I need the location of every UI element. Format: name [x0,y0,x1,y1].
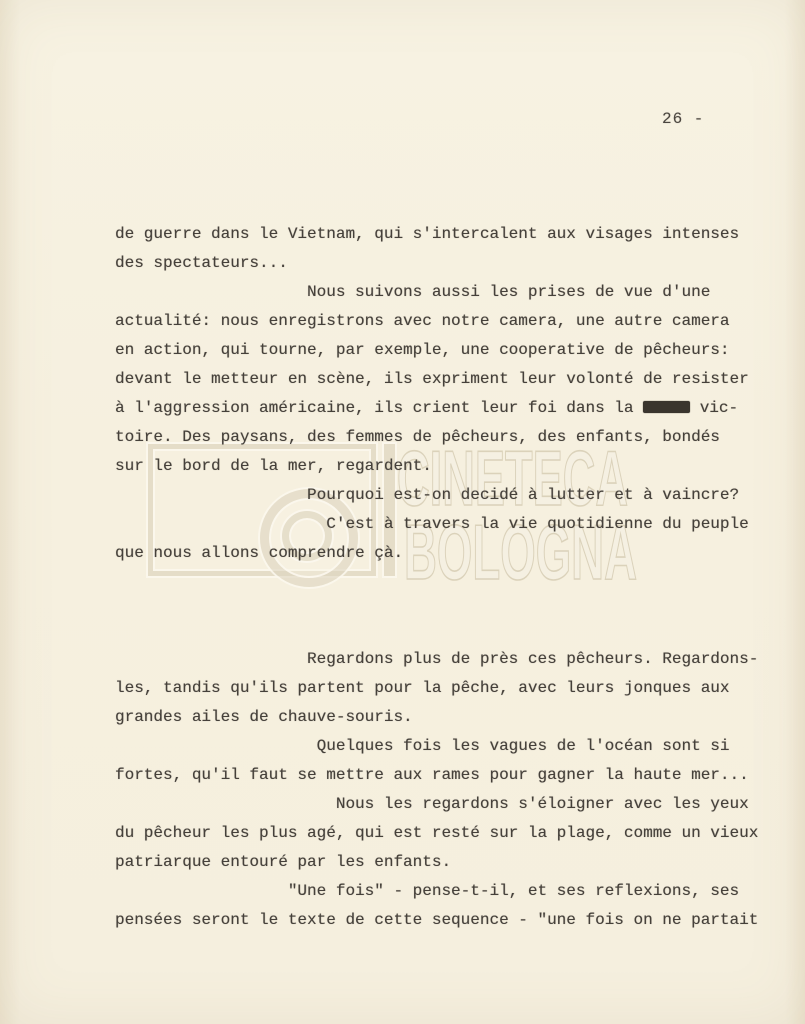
typewritten-line: patriarque entouré par les enfants. [115,848,775,877]
typewritten-line: de guerre dans le Vietnam, qui s'interca… [115,220,775,249]
typewritten-line: devant le metteur en scène, ils exprimen… [115,365,775,394]
scanned-document-page: CINETECA BOLOGNA 26 - de guerre dans le … [0,0,805,1024]
typewritten-line-with-strikeout: à l'aggression américaine, ils crient le… [115,394,775,423]
typewritten-line: les, tandis qu'ils partent pour la pêche… [115,674,775,703]
typewritten-line: "Une fois" - pense-t-il, et ses reflexio… [115,877,775,906]
typewritten-line: en action, qui tourne, par exemple, une … [115,336,775,365]
second-text-block: Regardons plus de près ces pêcheurs. Reg… [115,645,775,935]
typewritten-line: du pêcheur les plus agé, qui est resté s… [115,819,775,848]
typewritten-content: 26 - de guerre dans le Vietnam, qui s'in… [0,0,805,1024]
typewritten-line: C'est à travers la vie quotidienne du pe… [115,510,775,539]
typewritten-line: toire. Des paysans, des femmes de pêcheu… [115,423,775,452]
typewritten-line: Regardons plus de près ces pêcheurs. Reg… [115,645,775,674]
struck-out-word [643,401,690,413]
typewritten-line: fortes, qu'il faut se mettre aux rames p… [115,761,775,790]
typewritten-line: des spectateurs... [115,249,775,278]
line-prefix: à l'aggression américaine, ils crient le… [115,399,643,417]
typewritten-line: pensées seront le texte de cette sequenc… [115,906,775,935]
line-suffix: vic- [690,399,738,417]
typewritten-line: Nous les regardons s'éloigner avec les y… [115,790,775,819]
body-text: de guerre dans le Vietnam, qui s'interca… [115,220,775,935]
typewritten-line: grandes ailes de chauve-souris. [115,703,775,732]
typewritten-line: Quelques fois les vagues de l'océan sont… [115,732,775,761]
page-number: 26 - [662,110,704,128]
typewritten-line: actualité: nous enregistrons avec notre … [115,307,775,336]
typewritten-line: que nous allons comprendre çà. [115,539,775,568]
typewritten-line: sur le bord de la mer, regardent. [115,452,775,481]
typewritten-line: Nous suivons aussi les prises de vue d'u… [115,278,775,307]
typewritten-line: Pourquoi est-on decidé à lutter et à vai… [115,481,775,510]
